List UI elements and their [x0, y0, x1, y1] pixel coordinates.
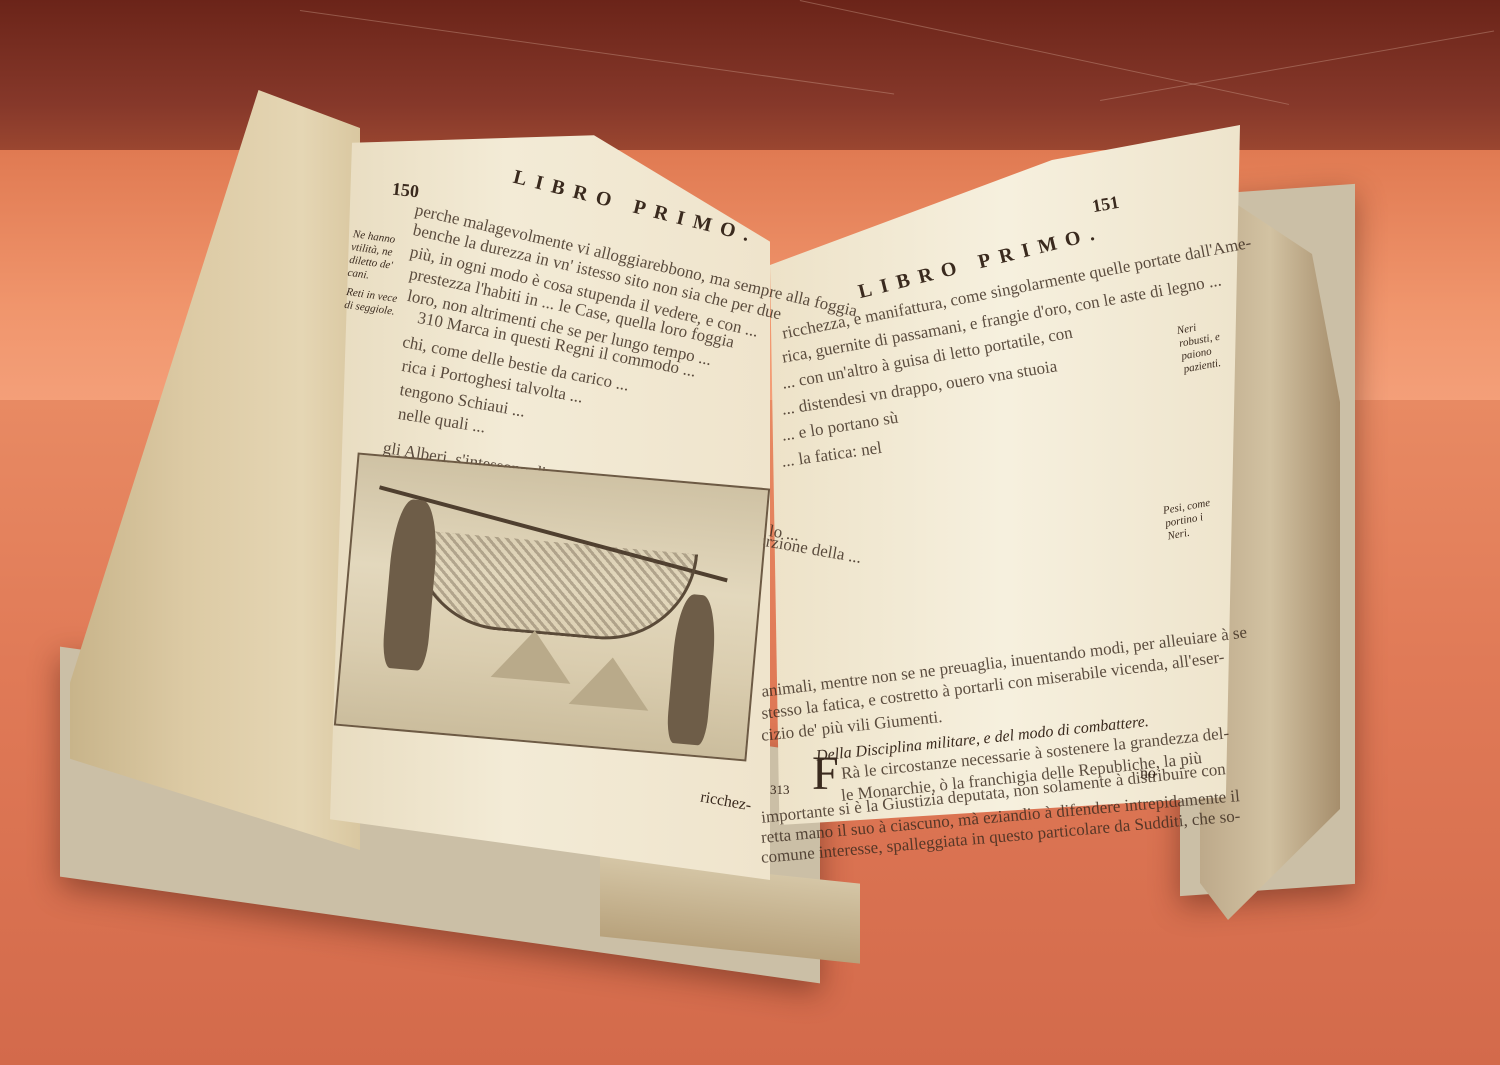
paragraph-number: 313: [770, 778, 790, 802]
margin-note: Neri robusti, e paiono pazienti.: [1176, 316, 1239, 377]
right-page-number: 151: [1090, 190, 1121, 218]
engraving-hammock-bearers: [334, 452, 770, 761]
mountain: [569, 654, 653, 711]
margin-note: Ne hanno vtilità, ne diletto de' cani.: [347, 228, 414, 288]
mountain: [491, 627, 575, 684]
open-book: 150 LIBRO PRIMO. Ne hanno vtilità, ne di…: [0, 0, 1500, 1065]
bearer-figure-front: [381, 498, 441, 671]
hammock: [405, 530, 698, 648]
bearer-figure-rear: [666, 593, 719, 746]
catchword-right: no: [1140, 762, 1156, 786]
drop-cap: F: [812, 750, 839, 798]
left-page-number: 150: [391, 177, 420, 204]
page-edges-left: [70, 90, 360, 850]
